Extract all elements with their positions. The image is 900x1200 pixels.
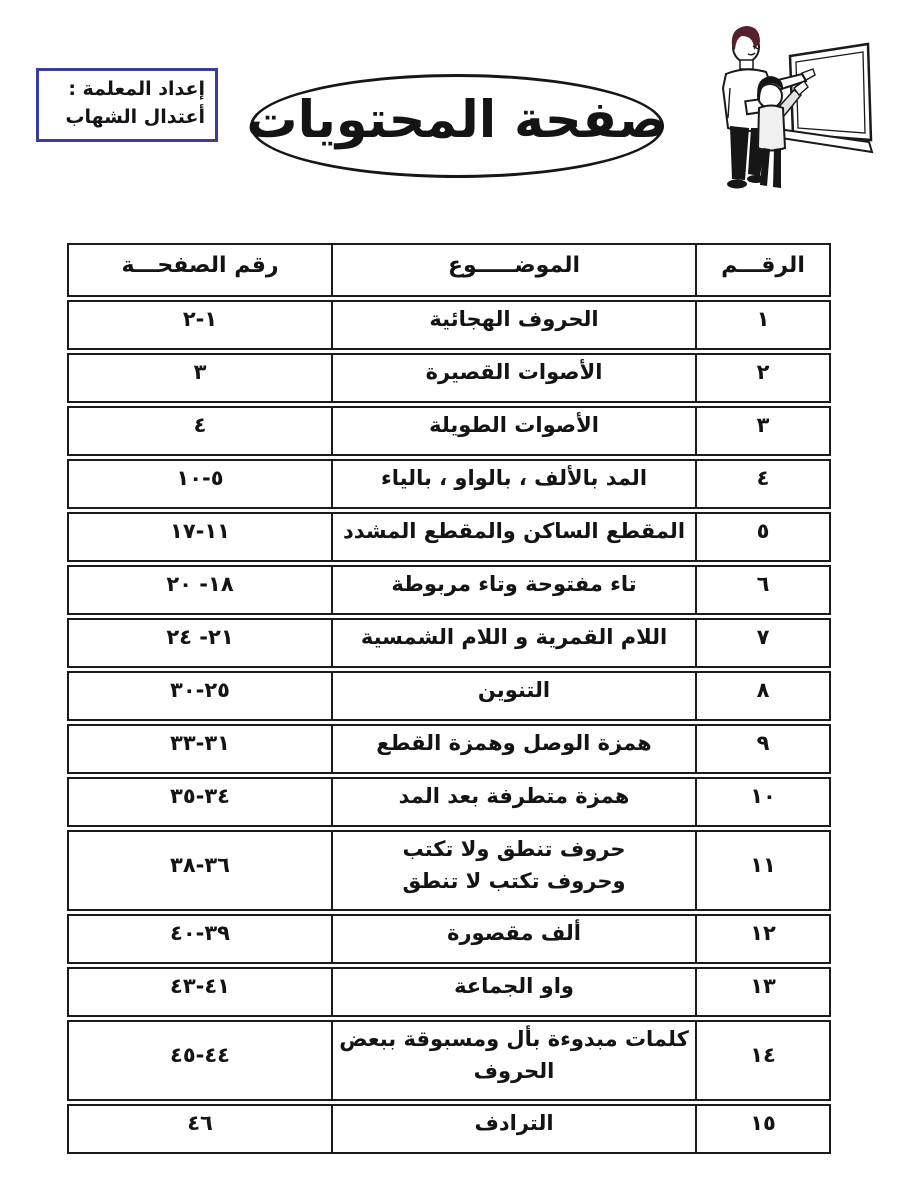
row-pages-cell: ٢٤ -٢١ (69, 620, 331, 666)
row-pages-cell: ٣٨-٣٦ (69, 832, 331, 909)
table-row: ٦ تاء مفتوحة وتاء مربوطة ٢٠ -١٨ (67, 565, 831, 615)
row-subject-cell: تاء مفتوحة وتاء مربوطة (331, 567, 697, 613)
document-page: إعداد المعلمة : أعتدال الشهاب صفحة المحت… (0, 0, 900, 1200)
row-pages-cell: ١٧-١١ (69, 514, 331, 560)
row-subject-cell: همزة متطرفة بعد المد (331, 779, 697, 825)
row-number-cell: ٨ (697, 673, 829, 719)
clipart-svg (670, 16, 888, 211)
page-title: صفحة المحتويات (246, 91, 667, 150)
table-row: ١٢ ألف مقصورة ٤٠-٣٩ (67, 914, 831, 964)
table-row: ٨ التنوين ٣٠-٢٥ (67, 671, 831, 721)
row-pages-cell: ٤٦ (69, 1106, 331, 1152)
table-row: ١٠ همزة متطرفة بعد المد ٣٥-٣٤ (67, 777, 831, 827)
table-header-row: الرقـــم الموضـــــوع رقم الصفحـــة (67, 243, 831, 297)
credit-line-1: إعداد المعلمة : (49, 76, 205, 104)
row-subject-cell: المد بالألف ، بالواو ، بالياء (331, 461, 697, 507)
table-row: ١٤ كلمات مبدوءة بأل ومسبوقة ببعض الحروف … (67, 1020, 831, 1101)
table-row: ٧ اللام القمرية و اللام الشمسية ٢٤ -٢١ (67, 618, 831, 668)
table-row: ١٣ واو الجماعة ٤٣-٤١ (67, 967, 831, 1017)
row-subject-cell: حروف تنطق ولا تكتب وحروف تكتب لا تنطق (331, 832, 697, 909)
table-row: ٣ الأصوات الطويلة ٤ (67, 406, 831, 456)
credit-box: إعداد المعلمة : أعتدال الشهاب (36, 68, 218, 142)
row-pages-cell: ٣٣-٣١ (69, 726, 331, 772)
row-subject-cell: واو الجماعة (331, 969, 697, 1015)
table-row: ١٥ الترادف ٤٦ (67, 1104, 831, 1154)
table-body: ١ الحروف الهجائية ٢-١ ٢ الأصوات القصيرة … (67, 300, 831, 1154)
table-row: ١ الحروف الهجائية ٢-١ (67, 300, 831, 350)
row-pages-cell: ٣٠-٢٥ (69, 673, 331, 719)
row-subject-cell: كلمات مبدوءة بأل ومسبوقة ببعض الحروف (331, 1022, 697, 1099)
row-pages-cell: ٤٠-٣٩ (69, 916, 331, 962)
row-number-cell: ٦ (697, 567, 829, 613)
title-ellipse: صفحة المحتويات (250, 74, 664, 178)
table-row: ٢ الأصوات القصيرة ٣ (67, 353, 831, 403)
row-pages-cell: ٢٠ -١٨ (69, 567, 331, 613)
row-number-cell: ٥ (697, 514, 829, 560)
row-pages-cell: ٣ (69, 355, 331, 401)
contents-table: الرقـــم الموضـــــوع رقم الصفحـــة ١ ال… (67, 243, 831, 1157)
row-number-cell: ٤ (697, 461, 829, 507)
table-row: ٤ المد بالألف ، بالواو ، بالياء ١٠-٥ (67, 459, 831, 509)
row-number-cell: ٧ (697, 620, 829, 666)
table-row: ٥ المقطع الساكن والمقطع المشدد ١٧-١١ (67, 512, 831, 562)
table-row: ٩ همزة الوصل وهمزة القطع ٣٣-٣١ (67, 724, 831, 774)
row-number-cell: ١٤ (697, 1022, 829, 1099)
row-pages-cell: ٤٥-٤٤ (69, 1022, 331, 1099)
row-subject-cell: همزة الوصل وهمزة القطع (331, 726, 697, 772)
row-subject-cell: ألف مقصورة (331, 916, 697, 962)
credit-line-2: أعتدال الشهاب (49, 104, 205, 132)
row-subject-cell: الأصوات الطويلة (331, 408, 697, 454)
row-subject-cell: المقطع الساكن والمقطع المشدد (331, 514, 697, 560)
row-pages-cell: ٣٥-٣٤ (69, 779, 331, 825)
header-subject: الموضـــــوع (331, 245, 697, 295)
header-pages: رقم الصفحـــة (69, 245, 331, 295)
row-pages-cell: ٢-١ (69, 302, 331, 348)
row-number-cell: ٣ (697, 408, 829, 454)
row-pages-cell: ٤٣-٤١ (69, 969, 331, 1015)
header-number: الرقـــم (697, 245, 829, 295)
row-number-cell: ١٣ (697, 969, 829, 1015)
row-pages-cell: ١٠-٥ (69, 461, 331, 507)
row-subject-cell: الترادف (331, 1106, 697, 1152)
row-number-cell: ١١ (697, 832, 829, 909)
row-subject-cell: اللام القمرية و اللام الشمسية (331, 620, 697, 666)
table-row: ١١ حروف تنطق ولا تكتب وحروف تكتب لا تنطق… (67, 830, 831, 911)
row-number-cell: ١٥ (697, 1106, 829, 1152)
row-number-cell: ٢ (697, 355, 829, 401)
teacher-student-whiteboard-illustration (670, 16, 888, 211)
row-number-cell: ١ (697, 302, 829, 348)
row-subject-cell: الأصوات القصيرة (331, 355, 697, 401)
row-pages-cell: ٤ (69, 408, 331, 454)
row-number-cell: ١٠ (697, 779, 829, 825)
row-number-cell: ٩ (697, 726, 829, 772)
row-subject-cell: التنوين (331, 673, 697, 719)
row-number-cell: ١٢ (697, 916, 829, 962)
row-subject-cell: الحروف الهجائية (331, 302, 697, 348)
